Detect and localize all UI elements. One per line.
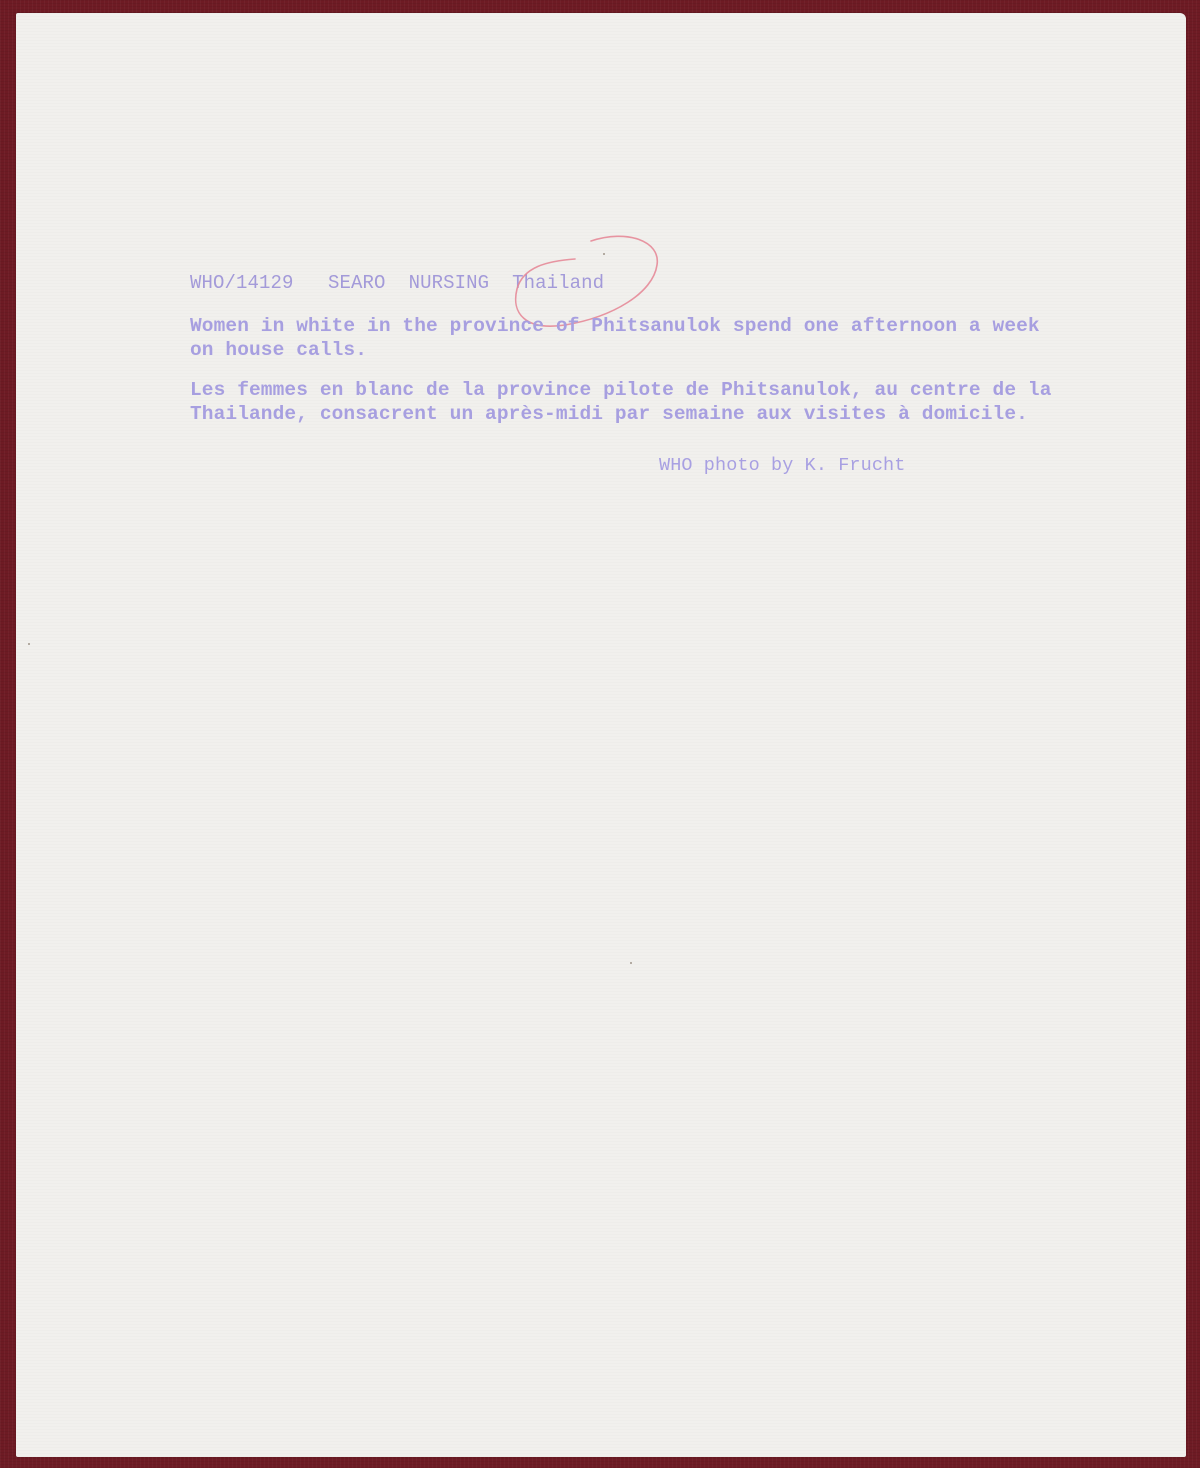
- english-caption-line-1: Women in white in the province of Phitsa…: [190, 314, 1040, 338]
- reference-number: WHO/14129: [190, 271, 294, 295]
- photo-credit: WHO photo by K. Frucht: [659, 454, 905, 478]
- french-caption-line-1: Les femmes en blanc de la province pilot…: [190, 378, 1052, 402]
- country-name: Thailand: [512, 271, 604, 295]
- paper-speck: [603, 253, 605, 255]
- paper-speck: [28, 643, 30, 645]
- region-code: SEARO: [328, 271, 386, 295]
- subject-keyword: NURSING: [409, 271, 490, 295]
- paper-speck: [630, 962, 632, 964]
- photo-back-sheet: [16, 13, 1186, 1457]
- caption-header: WHO/14129 SEARO NURSING Thailand: [190, 271, 604, 295]
- french-caption: Les femmes en blanc de la province pilot…: [190, 378, 1052, 426]
- french-caption-line-2: Thailande, consacrent un après-midi par …: [190, 402, 1052, 426]
- english-caption-line-2: on house calls.: [190, 338, 1040, 362]
- english-caption: Women in white in the province of Phitsa…: [190, 314, 1040, 362]
